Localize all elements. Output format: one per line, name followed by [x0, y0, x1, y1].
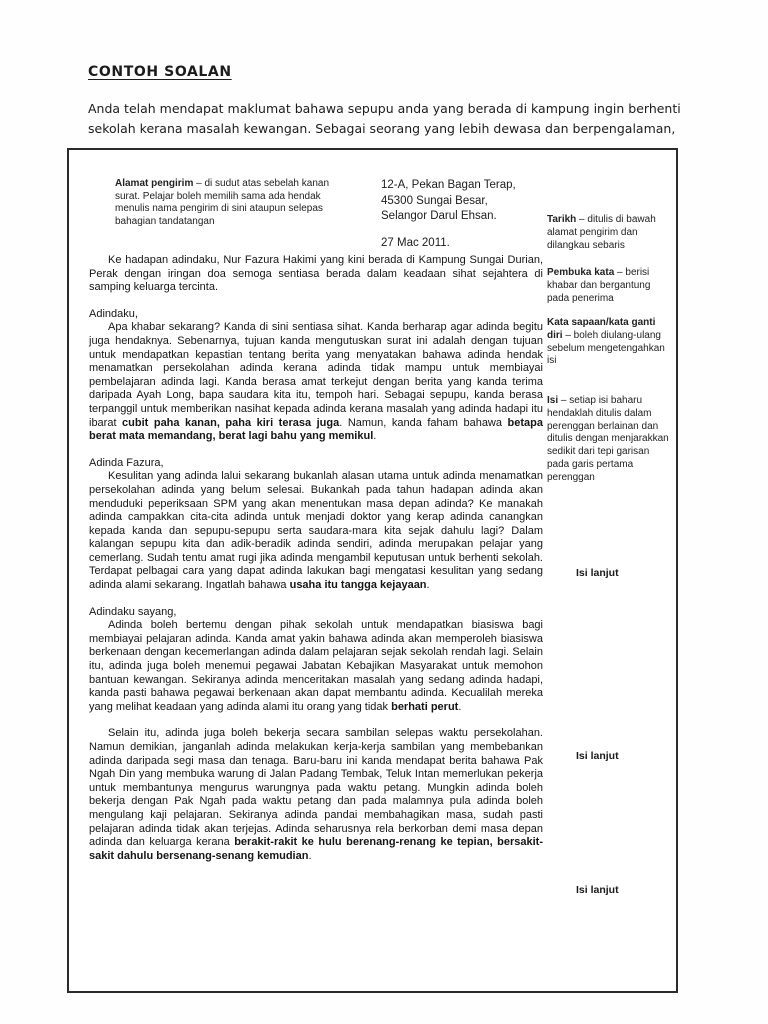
annotation-tarikh: Tarikh – ditulis di bawah alamat pengiri… — [547, 214, 672, 252]
annotation-tarikh-lead: Tarikh — [547, 214, 576, 225]
annotation-isi: Isi – setiap isi baharu hendaklah dituli… — [547, 395, 672, 485]
paragraph-2: Kesulitan yang adinda lalui sekarang buk… — [89, 470, 543, 592]
paragraph-4: Selain itu, adinda juga boleh bekerja se… — [89, 727, 543, 863]
proverb-cubit-paha: cubit paha kanan, paha kiri terasa juga — [122, 417, 339, 429]
greeting-adindaku-sayang: Adindaku sayang, — [89, 606, 543, 620]
salutation-paragraph: Ke hadapan adindaku, Nur Fazura Hakimi y… — [89, 254, 543, 295]
paragraph-1: Apa khabar sekarang? Kanda di sini senti… — [89, 321, 543, 443]
document-page: CONTOH SOALAN Anda telah mendapat maklum… — [0, 0, 768, 1024]
proverb-berhati-perut: berhati perut — [391, 701, 458, 713]
annotation-kata-sapaan: Kata sapaan/kata ganti diri – boleh diul… — [547, 317, 672, 368]
paragraph-3-text: Adinda boleh bertemu dengan pihak sekola… — [89, 619, 543, 713]
paragraph-2-text: . — [427, 579, 430, 591]
annotation-isi-lanjut-3: Isi lanjut — [576, 884, 619, 896]
annotation-pembuka-kata: Pembuka kata – berisi khabar dan bergant… — [547, 267, 672, 305]
letter-body: Ke hadapan adindaku, Nur Fazura Hakimi y… — [89, 254, 543, 876]
annotation-isi-text: – setiap isi baharu hendaklah ditulis da… — [547, 395, 669, 483]
address-line-2: 45300 Sungai Besar, — [381, 194, 516, 210]
annotation-alamat-pengirim: Alamat pengirim – di sudut atas sebelah … — [115, 178, 337, 228]
annotation-isi-lanjut-1: Isi lanjut — [576, 567, 619, 579]
annotation-sapaan-text: – boleh diulang-ulang sebelum mengetenga… — [547, 330, 665, 367]
letter-date: 27 Mac 2011. — [381, 236, 516, 252]
intro-text: Anda telah mendapat maklumat bahawa sepu… — [88, 99, 712, 139]
page-title: CONTOH SOALAN — [88, 64, 232, 80]
greeting-adinda-fazura: Adinda Fazura, — [89, 457, 543, 471]
paragraph-3: Adinda boleh bertemu dengan pihak sekola… — [89, 619, 543, 714]
annotation-pembuka-lead: Pembuka kata — [547, 267, 614, 278]
annotation-isi-lanjut-2: Isi lanjut — [576, 750, 619, 762]
greeting-adindaku: Adindaku, — [89, 308, 543, 322]
address-line-1: 12-A, Pekan Bagan Terap, — [381, 178, 516, 194]
paragraph-1-text: Apa khabar sekarang? Kanda di sini senti… — [89, 321, 543, 428]
address-line-3: Selangor Darul Ehsan. — [381, 209, 516, 225]
annotation-isi-lead: Isi — [547, 395, 558, 406]
sender-address: 12-A, Pekan Bagan Terap, 45300 Sungai Be… — [381, 178, 516, 251]
proverb-usaha-tangga: usaha itu tangga kejayaan — [290, 579, 427, 591]
paragraph-2-text: Kesulitan yang adinda lalui sekarang buk… — [89, 470, 543, 591]
paragraph-3-text: . — [458, 701, 461, 713]
letter-example-box: Alamat pengirim – di sudut atas sebelah … — [67, 148, 678, 993]
paragraph-4-text: . — [308, 850, 311, 862]
paragraph-1-text: . — [373, 430, 376, 442]
paragraph-4-text: Selain itu, adinda juga boleh bekerja se… — [89, 727, 543, 848]
annotation-alamat-lead: Alamat pengirim — [115, 178, 193, 189]
paragraph-1-text: . Namun, kanda faham bahawa — [339, 417, 507, 429]
